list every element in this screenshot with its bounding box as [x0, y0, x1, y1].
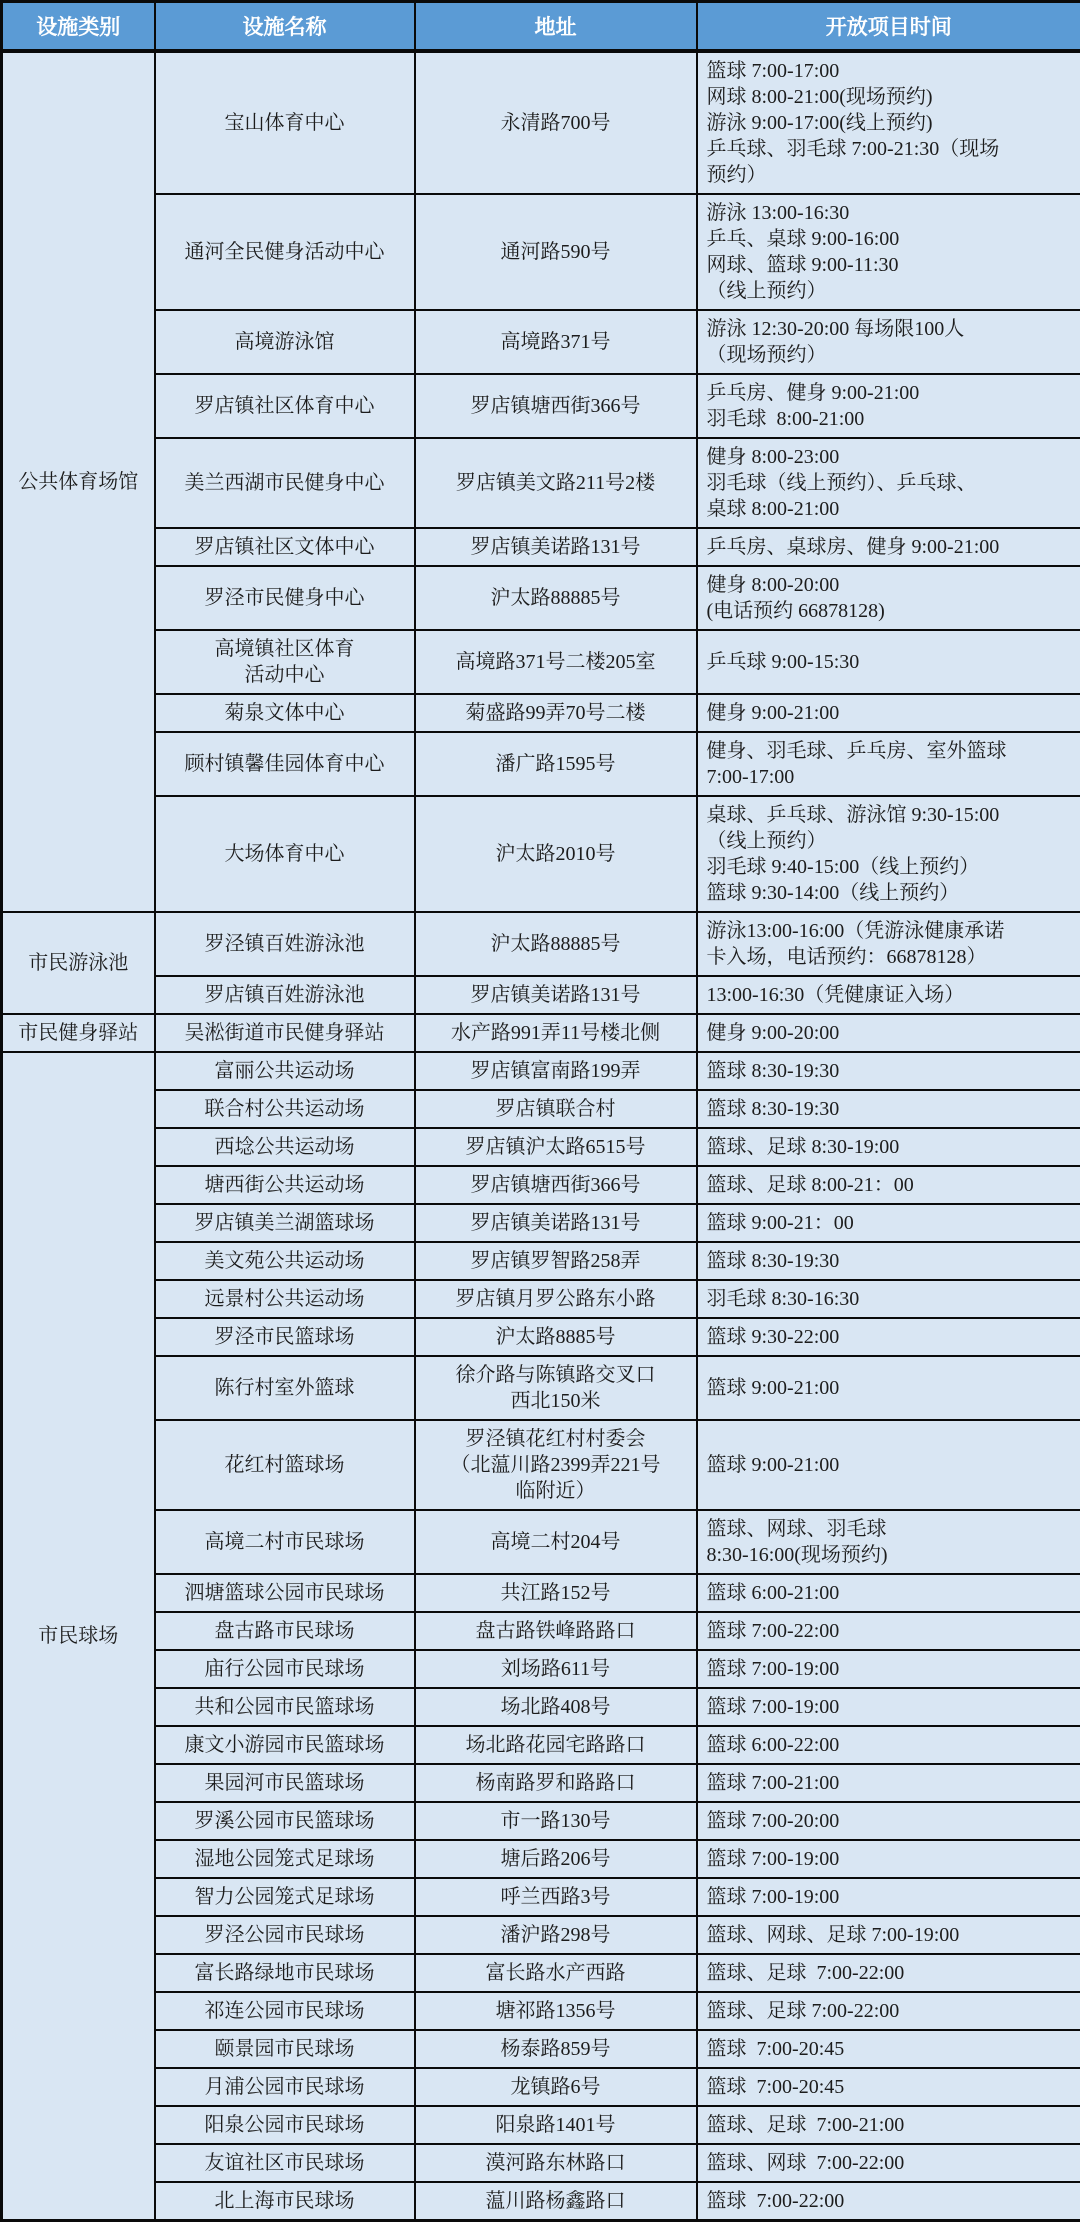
hours-cell: 篮球 7:00-19:00 [697, 1650, 1080, 1688]
facility-name-cell: 塘西街公共运动场 [155, 1166, 415, 1204]
facility-name-cell: 美兰西湖市民健身中心 [155, 438, 415, 528]
hours-cell: 篮球 7:00-22:00 [697, 2182, 1080, 2221]
facility-name-cell: 罗店镇社区体育中心 [155, 374, 415, 438]
hours-cell: 篮球 7:00-17:00 网球 8:00-21:00(现场预约) 游泳 9:0… [697, 51, 1080, 194]
facility-name-cell: 联合村公共运动场 [155, 1090, 415, 1128]
facility-name-cell: 花红村篮球场 [155, 1420, 415, 1510]
hours-cell: 13:00-16:30（凭健康证入场） [697, 976, 1080, 1014]
table-row: 美文苑公共运动场罗店镇罗智路258弄篮球 8:30-19:30 [2, 1242, 1080, 1280]
address-cell: 共江路152号 [415, 1574, 697, 1612]
table-row: 盘古路市民球场盘古路铁峰路路口篮球 7:00-22:00 [2, 1612, 1080, 1650]
address-cell: 罗店镇罗智路258弄 [415, 1242, 697, 1280]
table-row: 美兰西湖市民健身中心罗店镇美文路211号2楼健身 8:00-23:00 羽毛球（… [2, 438, 1080, 528]
table-row: 市民健身驿站吴淞街道市民健身驿站水产路991弄11号楼北侧健身 9:00-20:… [2, 1014, 1080, 1052]
address-cell: 塘后路206号 [415, 1840, 697, 1878]
table-row: 罗泾市民篮球场沪太路8885号篮球 9:30-22:00 [2, 1318, 1080, 1356]
hours-cell: 乒乓房、健身 9:00-21:00 羽毛球 8:00-21:00 [697, 374, 1080, 438]
hours-cell: 篮球、足球 8:00-21：00 [697, 1166, 1080, 1204]
address-cell: 通河路590号 [415, 194, 697, 310]
address-cell: 罗店镇沪太路6515号 [415, 1128, 697, 1166]
address-cell: 塘祁路1356号 [415, 1992, 697, 2030]
hours-cell: 健身 8:00-23:00 羽毛球（线上预约）、乒乓球、 桌球 8:00-21:… [697, 438, 1080, 528]
address-cell: 沪太路2010号 [415, 796, 697, 912]
address-cell: 刘场路611号 [415, 1650, 697, 1688]
facility-name-cell: 果园河市民篮球场 [155, 1764, 415, 1802]
address-cell: 高境路371号二楼205室 [415, 630, 697, 694]
hours-cell: 篮球 7:00-19:00 [697, 1688, 1080, 1726]
table-row: 陈行村室外篮球徐介路与陈镇路交叉口 西北150米篮球 9:00-21:00 [2, 1356, 1080, 1420]
address-cell: 高境路371号 [415, 310, 697, 374]
address-cell: 高境二村204号 [415, 1510, 697, 1574]
table-row: 花红村篮球场罗泾镇花红村村委会 （北蕰川路2399弄221号 临附近）篮球 9:… [2, 1420, 1080, 1510]
facility-name-cell: 友谊社区市民球场 [155, 2144, 415, 2182]
facility-name-cell: 陈行村室外篮球 [155, 1356, 415, 1420]
hours-cell: 乒乓球 9:00-15:30 [697, 630, 1080, 694]
hours-cell: 桌球、乒乓球、游泳馆 9:30-15:00 （线上预约） 羽毛球 9:40-15… [697, 796, 1080, 912]
address-cell: 场北路408号 [415, 1688, 697, 1726]
address-cell: 沪太路8885号 [415, 1318, 697, 1356]
address-cell: 盘古路铁峰路路口 [415, 1612, 697, 1650]
address-cell: 沪太路88885号 [415, 912, 697, 976]
hours-cell: 篮球 6:00-22:00 [697, 1726, 1080, 1764]
table-row: 罗溪公园市民篮球场市一路130号篮球 7:00-20:00 [2, 1802, 1080, 1840]
table-row: 共和公园市民篮球场场北路408号篮球 7:00-19:00 [2, 1688, 1080, 1726]
hours-cell: 篮球 7:00-20:45 [697, 2030, 1080, 2068]
hours-cell: 篮球 6:00-21:00 [697, 1574, 1080, 1612]
table-row: 友谊社区市民球场漠河路东林路口篮球、网球 7:00-22:00 [2, 2144, 1080, 2182]
category-cell: 市民游泳池 [2, 912, 155, 1014]
hours-cell: 篮球 9:00-21:00 [697, 1356, 1080, 1420]
facility-name-cell: 罗泾市民健身中心 [155, 566, 415, 630]
address-cell: 永清路700号 [415, 51, 697, 194]
header-address: 地址 [415, 2, 697, 52]
table-row: 西埝公共运动场罗店镇沪太路6515号篮球、足球 8:30-19:00 [2, 1128, 1080, 1166]
facility-name-cell: 罗店镇百姓游泳池 [155, 976, 415, 1014]
address-cell: 潘广路1595号 [415, 732, 697, 796]
table-row: 通河全民健身活动中心通河路590号游泳 13:00-16:30 乒乓、桌球 9:… [2, 194, 1080, 310]
address-cell: 潘沪路298号 [415, 1916, 697, 1954]
address-cell: 罗店镇塘西街366号 [415, 1166, 697, 1204]
facility-name-cell: 高境游泳馆 [155, 310, 415, 374]
facility-name-cell: 富丽公共运动场 [155, 1052, 415, 1090]
facility-name-cell: 盘古路市民球场 [155, 1612, 415, 1650]
table-row: 顾村镇馨佳园体育中心潘广路1595号健身、羽毛球、乒乓房、室外篮球 7:00-1… [2, 732, 1080, 796]
facility-name-cell: 罗泾市民篮球场 [155, 1318, 415, 1356]
address-cell: 罗店镇联合村 [415, 1090, 697, 1128]
table-body: 公共体育场馆宝山体育中心永清路700号篮球 7:00-17:00 网球 8:00… [2, 51, 1080, 2221]
facility-name-cell: 月浦公园市民球场 [155, 2068, 415, 2106]
address-cell: 沪太路88885号 [415, 566, 697, 630]
category-cell: 公共体育场馆 [2, 51, 155, 912]
table-row: 高境游泳馆高境路371号游泳 12:30-20:00 每场限100人 （现场预约… [2, 310, 1080, 374]
table-row: 智力公园笼式足球场呼兰西路3号篮球 7:00-19:00 [2, 1878, 1080, 1916]
facility-name-cell: 宝山体育中心 [155, 51, 415, 194]
facility-name-cell: 罗溪公园市民篮球场 [155, 1802, 415, 1840]
address-cell: 龙镇路6号 [415, 2068, 697, 2106]
address-cell: 罗店镇美诺路131号 [415, 528, 697, 566]
address-cell: 富长路水产西路 [415, 1954, 697, 1992]
table-row: 罗店镇社区文体中心罗店镇美诺路131号乒乓房、桌球房、健身 9:00-21:00 [2, 528, 1080, 566]
hours-cell: 篮球、网球、足球 7:00-19:00 [697, 1916, 1080, 1954]
address-cell: 市一路130号 [415, 1802, 697, 1840]
table-row: 市民球场富丽公共运动场罗店镇富南路199弄篮球 8:30-19:30 [2, 1052, 1080, 1090]
table-row: 湿地公园笼式足球场塘后路206号篮球 7:00-19:00 [2, 1840, 1080, 1878]
facility-name-cell: 湿地公园笼式足球场 [155, 1840, 415, 1878]
table-row: 康文小游园市民篮球场场北路花园宅路路口篮球 6:00-22:00 [2, 1726, 1080, 1764]
table-row: 高境二村市民球场高境二村204号篮球、网球、羽毛球 8:30-16:00(现场预… [2, 1510, 1080, 1574]
address-cell: 罗店镇塘西街366号 [415, 374, 697, 438]
address-cell: 罗店镇美诺路131号 [415, 976, 697, 1014]
address-cell: 罗店镇美文路211号2楼 [415, 438, 697, 528]
facility-name-cell: 庙行公园市民球场 [155, 1650, 415, 1688]
address-cell: 阳泉路1401号 [415, 2106, 697, 2144]
table-header: 设施类别 设施名称 地址 开放项目时间 [2, 2, 1080, 52]
table-row: 联合村公共运动场罗店镇联合村篮球 8:30-19:30 [2, 1090, 1080, 1128]
hours-cell: 篮球 7:00-20:45 [697, 2068, 1080, 2106]
category-cell: 市民球场 [2, 1052, 155, 2221]
address-cell: 场北路花园宅路路口 [415, 1726, 697, 1764]
table-row: 泗塘篮球公园市民球场共江路152号篮球 6:00-21:00 [2, 1574, 1080, 1612]
table-row: 罗店镇百姓游泳池罗店镇美诺路131号13:00-16:30（凭健康证入场） [2, 976, 1080, 1014]
facility-name-cell: 大场体育中心 [155, 796, 415, 912]
address-cell: 杨南路罗和路路口 [415, 1764, 697, 1802]
facility-name-cell: 吴淞街道市民健身驿站 [155, 1014, 415, 1052]
facility-name-cell: 北上海市民球场 [155, 2182, 415, 2221]
hours-cell: 篮球 7:00-20:00 [697, 1802, 1080, 1840]
facility-name-cell: 罗店镇美兰湖篮球场 [155, 1204, 415, 1242]
facility-name-cell: 共和公园市民篮球场 [155, 1688, 415, 1726]
address-cell: 漠河路东林路口 [415, 2144, 697, 2182]
table-row: 果园河市民篮球场杨南路罗和路路口篮球 7:00-21:00 [2, 1764, 1080, 1802]
hours-cell: 篮球 8:30-19:30 [697, 1090, 1080, 1128]
facility-name-cell: 高境镇社区体育 活动中心 [155, 630, 415, 694]
address-cell: 罗店镇月罗公路东小路 [415, 1280, 697, 1318]
address-cell: 罗店镇美诺路131号 [415, 1204, 697, 1242]
hours-cell: 篮球 7:00-19:00 [697, 1840, 1080, 1878]
hours-cell: 游泳 13:00-16:30 乒乓、桌球 9:00-16:00 网球、篮球 9:… [697, 194, 1080, 310]
table-row: 颐景园市民球场杨泰路859号篮球 7:00-20:45 [2, 2030, 1080, 2068]
table-row: 市民游泳池罗泾镇百姓游泳池沪太路88885号游泳13:00-16:00（凭游泳健… [2, 912, 1080, 976]
header-category: 设施类别 [2, 2, 155, 52]
hours-cell: 篮球、足球 8:30-19:00 [697, 1128, 1080, 1166]
facility-name-cell: 泗塘篮球公园市民球场 [155, 1574, 415, 1612]
hours-cell: 篮球、足球 7:00-21:00 [697, 2106, 1080, 2144]
hours-cell: 篮球、网球 7:00-22:00 [697, 2144, 1080, 2182]
facility-name-cell: 康文小游园市民篮球场 [155, 1726, 415, 1764]
hours-cell: 篮球、足球 7:00-22:00 [697, 1954, 1080, 1992]
address-cell: 呼兰西路3号 [415, 1878, 697, 1916]
hours-cell: 健身 8:00-20:00 (电话预约 66878128) [697, 566, 1080, 630]
hours-cell: 篮球 7:00-21:00 [697, 1764, 1080, 1802]
facility-name-cell: 智力公园笼式足球场 [155, 1878, 415, 1916]
facility-name-cell: 美文苑公共运动场 [155, 1242, 415, 1280]
table-row: 月浦公园市民球场龙镇路6号篮球 7:00-20:45 [2, 2068, 1080, 2106]
table-row: 罗店镇社区体育中心罗店镇塘西街366号乒乓房、健身 9:00-21:00 羽毛球… [2, 374, 1080, 438]
facilities-table: 设施类别 设施名称 地址 开放项目时间 公共体育场馆宝山体育中心永清路700号篮… [0, 0, 1080, 2222]
hours-cell: 羽毛球 8:30-16:30 [697, 1280, 1080, 1318]
hours-cell: 篮球 9:30-22:00 [697, 1318, 1080, 1356]
table-row: 阳泉公园市民球场阳泉路1401号篮球、足球 7:00-21:00 [2, 2106, 1080, 2144]
facility-name-cell: 祁连公园市民球场 [155, 1992, 415, 2030]
table-row: 罗泾市民健身中心沪太路88885号健身 8:00-20:00 (电话预约 668… [2, 566, 1080, 630]
facility-name-cell: 通河全民健身活动中心 [155, 194, 415, 310]
facility-name-cell: 西埝公共运动场 [155, 1128, 415, 1166]
header-facility-name: 设施名称 [155, 2, 415, 52]
hours-cell: 篮球 9:00-21：00 [697, 1204, 1080, 1242]
table-row: 庙行公园市民球场刘场路611号篮球 7:00-19:00 [2, 1650, 1080, 1688]
address-cell: 罗店镇富南路199弄 [415, 1052, 697, 1090]
table-row: 罗店镇美兰湖篮球场罗店镇美诺路131号篮球 9:00-21：00 [2, 1204, 1080, 1242]
header-open-hours: 开放项目时间 [697, 2, 1080, 52]
table-row: 罗泾公园市民球场潘沪路298号篮球、网球、足球 7:00-19:00 [2, 1916, 1080, 1954]
facility-name-cell: 罗泾公园市民球场 [155, 1916, 415, 1954]
hours-cell: 篮球 7:00-19:00 [697, 1878, 1080, 1916]
hours-cell: 篮球 8:30-19:30 [697, 1052, 1080, 1090]
facility-name-cell: 阳泉公园市民球场 [155, 2106, 415, 2144]
hours-cell: 健身 9:00-20:00 [697, 1014, 1080, 1052]
address-cell: 蕰川路杨鑫路口 [415, 2182, 697, 2221]
table-row: 富长路绿地市民球场富长路水产西路篮球、足球 7:00-22:00 [2, 1954, 1080, 1992]
table-row: 大场体育中心沪太路2010号桌球、乒乓球、游泳馆 9:30-15:00 （线上预… [2, 796, 1080, 912]
hours-cell: 健身、羽毛球、乒乓房、室外篮球 7:00-17:00 [697, 732, 1080, 796]
facility-name-cell: 罗店镇社区文体中心 [155, 528, 415, 566]
header-row: 设施类别 设施名称 地址 开放项目时间 [2, 2, 1080, 52]
hours-cell: 游泳13:00-16:00（凭游泳健康承诺 卡入场，电话预约：66878128） [697, 912, 1080, 976]
address-cell: 水产路991弄11号楼北侧 [415, 1014, 697, 1052]
table-row: 菊泉文体中心菊盛路99弄70号二楼健身 9:00-21:00 [2, 694, 1080, 732]
hours-cell: 游泳 12:30-20:00 每场限100人 （现场预约） [697, 310, 1080, 374]
hours-cell: 篮球、网球、羽毛球 8:30-16:00(现场预约) [697, 1510, 1080, 1574]
category-cell: 市民健身驿站 [2, 1014, 155, 1052]
facility-name-cell: 菊泉文体中心 [155, 694, 415, 732]
facility-name-cell: 高境二村市民球场 [155, 1510, 415, 1574]
facility-name-cell: 颐景园市民球场 [155, 2030, 415, 2068]
table-row: 祁连公园市民球场塘祁路1356号篮球、足球 7:00-22:00 [2, 1992, 1080, 2030]
hours-cell: 篮球、足球 7:00-22:00 [697, 1992, 1080, 2030]
hours-cell: 篮球 8:30-19:30 [697, 1242, 1080, 1280]
hours-cell: 乒乓房、桌球房、健身 9:00-21:00 [697, 528, 1080, 566]
facility-name-cell: 远景村公共运动场 [155, 1280, 415, 1318]
facility-name-cell: 罗泾镇百姓游泳池 [155, 912, 415, 976]
table-row: 公共体育场馆宝山体育中心永清路700号篮球 7:00-17:00 网球 8:00… [2, 51, 1080, 194]
address-cell: 徐介路与陈镇路交叉口 西北150米 [415, 1356, 697, 1420]
facility-name-cell: 顾村镇馨佳园体育中心 [155, 732, 415, 796]
address-cell: 杨泰路859号 [415, 2030, 697, 2068]
address-cell: 菊盛路99弄70号二楼 [415, 694, 697, 732]
address-cell: 罗泾镇花红村村委会 （北蕰川路2399弄221号 临附近） [415, 1420, 697, 1510]
hours-cell: 篮球 7:00-22:00 [697, 1612, 1080, 1650]
table-row: 远景村公共运动场罗店镇月罗公路东小路羽毛球 8:30-16:30 [2, 1280, 1080, 1318]
hours-cell: 篮球 9:00-21:00 [697, 1420, 1080, 1510]
table-row: 北上海市民球场蕰川路杨鑫路口篮球 7:00-22:00 [2, 2182, 1080, 2221]
table-row: 高境镇社区体育 活动中心高境路371号二楼205室乒乓球 9:00-15:30 [2, 630, 1080, 694]
facility-name-cell: 富长路绿地市民球场 [155, 1954, 415, 1992]
table-row: 塘西街公共运动场罗店镇塘西街366号篮球、足球 8:00-21：00 [2, 1166, 1080, 1204]
hours-cell: 健身 9:00-21:00 [697, 694, 1080, 732]
